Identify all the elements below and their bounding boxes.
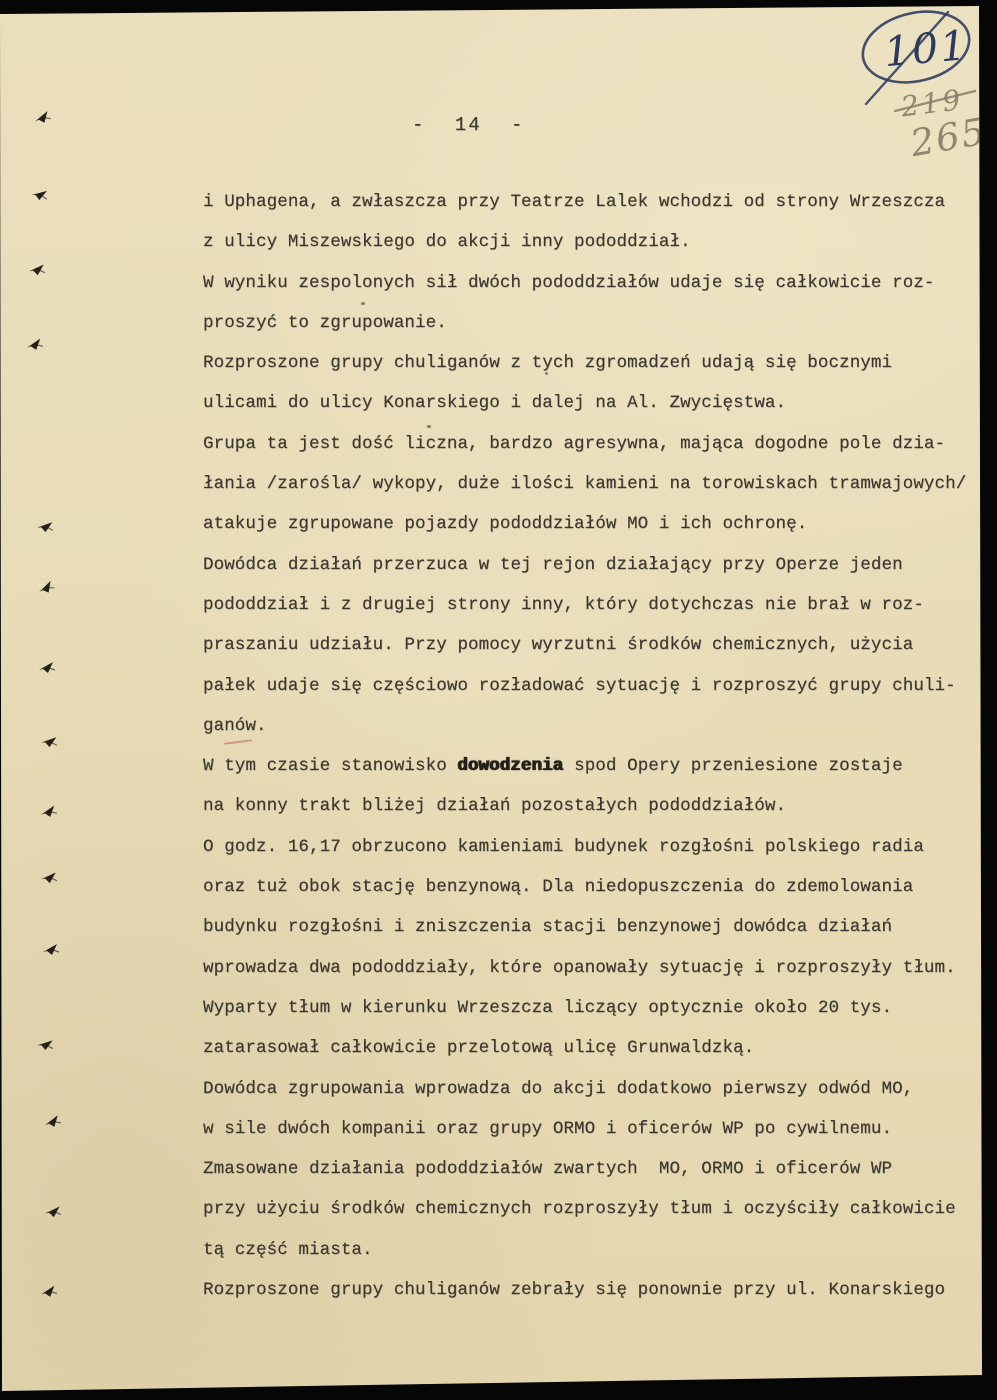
text-line: z ulicy Miszewskiego do akcji inny podod… [203, 222, 988, 262]
text-line: O godz. 16,17 obrzucono kamieniami budyn… [203, 827, 988, 867]
binding-mark-icon [32, 110, 53, 132]
text-line: Dowódca działań przerzuca w tej rejon dz… [203, 545, 988, 585]
text-line: Grupa ta jest dość liczna, bardzo agresy… [203, 424, 988, 464]
circled-page-number: 101 [882, 21, 970, 76]
binding-mark-icon [39, 870, 59, 890]
binding-mark-icon [42, 943, 60, 962]
text-line: Wyparty tłum w kierunku Wrzeszcza licząc… [203, 988, 988, 1028]
text-line: w sile dwóch kompanii oraz grupy ORMO i … [203, 1109, 988, 1149]
strike-through-line [895, 91, 975, 111]
binding-mark-icon [28, 186, 50, 209]
binding-mark-icon [27, 262, 47, 282]
binding-mark-icon [39, 804, 59, 824]
scanned-document-screenshot: { "scan": { "background_color": "#060606… [0, 0, 997, 1400]
page-number: - 14 - [412, 114, 592, 136]
cancel-stroke [866, 12, 948, 104]
text-line: na konny trakt bliżej działań pozostałyc… [203, 786, 988, 826]
text-line: i Uphagena, a zwłaszcza przy Teatrze Lal… [203, 182, 988, 222]
text-line: pałek udaje się częściowo rozładować syt… [203, 666, 988, 706]
text-line: W wyniku zespolonych sił dwóch pododdzia… [203, 263, 988, 303]
text-line: tą część miasta. [203, 1230, 988, 1270]
ink-speck [427, 425, 431, 428]
text-line: zatarasował całkowicie przelotową ulicę … [203, 1028, 988, 1068]
text-line: łania /zarośla/ wykopy, duże ilości kami… [203, 464, 988, 504]
text-line: Zmasowane działania pododdziałów zwartyc… [203, 1149, 988, 1189]
binding-mark-icon [39, 1284, 58, 1304]
binding-mark-icon [43, 1114, 63, 1135]
text-line: wprowadza dwa pododdziały, które opanowa… [203, 948, 988, 988]
text-line: oraz tuż obok stację benzynową. Dla nied… [203, 867, 988, 907]
text-line: proszyć to zgrupowanie. [203, 303, 988, 343]
text-line: Rozproszone grupy chuliganów zebrały się… [203, 1270, 988, 1310]
binding-mark-icon [38, 661, 56, 680]
binding-mark-icon [38, 734, 59, 756]
ink-speck [361, 302, 365, 305]
crossed-out-number: 219 [898, 83, 965, 123]
text-line: atakuje zgrupowane pojazdy pododdziałów … [203, 504, 988, 544]
binding-mark-icon [34, 519, 55, 541]
binding-mark-icon [43, 1204, 62, 1224]
text-line: przy użyciu środków chemicznych rozprosz… [203, 1189, 988, 1229]
binding-mark-icon [36, 579, 58, 602]
text-line: ganów. [203, 706, 988, 746]
text-line: W tym czasie stanowisko dowodzenia spod … [203, 746, 988, 786]
binding-mark-icon [34, 1036, 56, 1058]
text-line: Rozproszone grupy chuliganów z tych zgro… [203, 343, 988, 383]
text-line: ulicami do ulicy Konarskiego i dalej na … [203, 383, 988, 423]
text-line: Dowódca zgrupowania wprowadza do akcji d… [203, 1069, 988, 1109]
ink-speck [545, 372, 548, 375]
circle-around-number [856, 2, 977, 93]
document-page: - 14 - i Uphagena, a zwłaszcza przy Teat… [0, 0, 997, 1400]
binding-mark-icon [25, 337, 45, 357]
document-text: i Uphagena, a zwłaszcza przy Teatrze Lal… [203, 182, 988, 1310]
text-line: budynku rozgłośni i zniszczenia stacji b… [203, 907, 988, 947]
handwritten-annotations: 101 219 265 [0, 0, 997, 190]
text-line: pododdział i z drugiej strony inny, któr… [203, 585, 988, 625]
text-line: praszaniu udziału. Przy pomocy wyrzutni … [203, 625, 988, 665]
pencil-page-number: 265 [906, 110, 990, 166]
